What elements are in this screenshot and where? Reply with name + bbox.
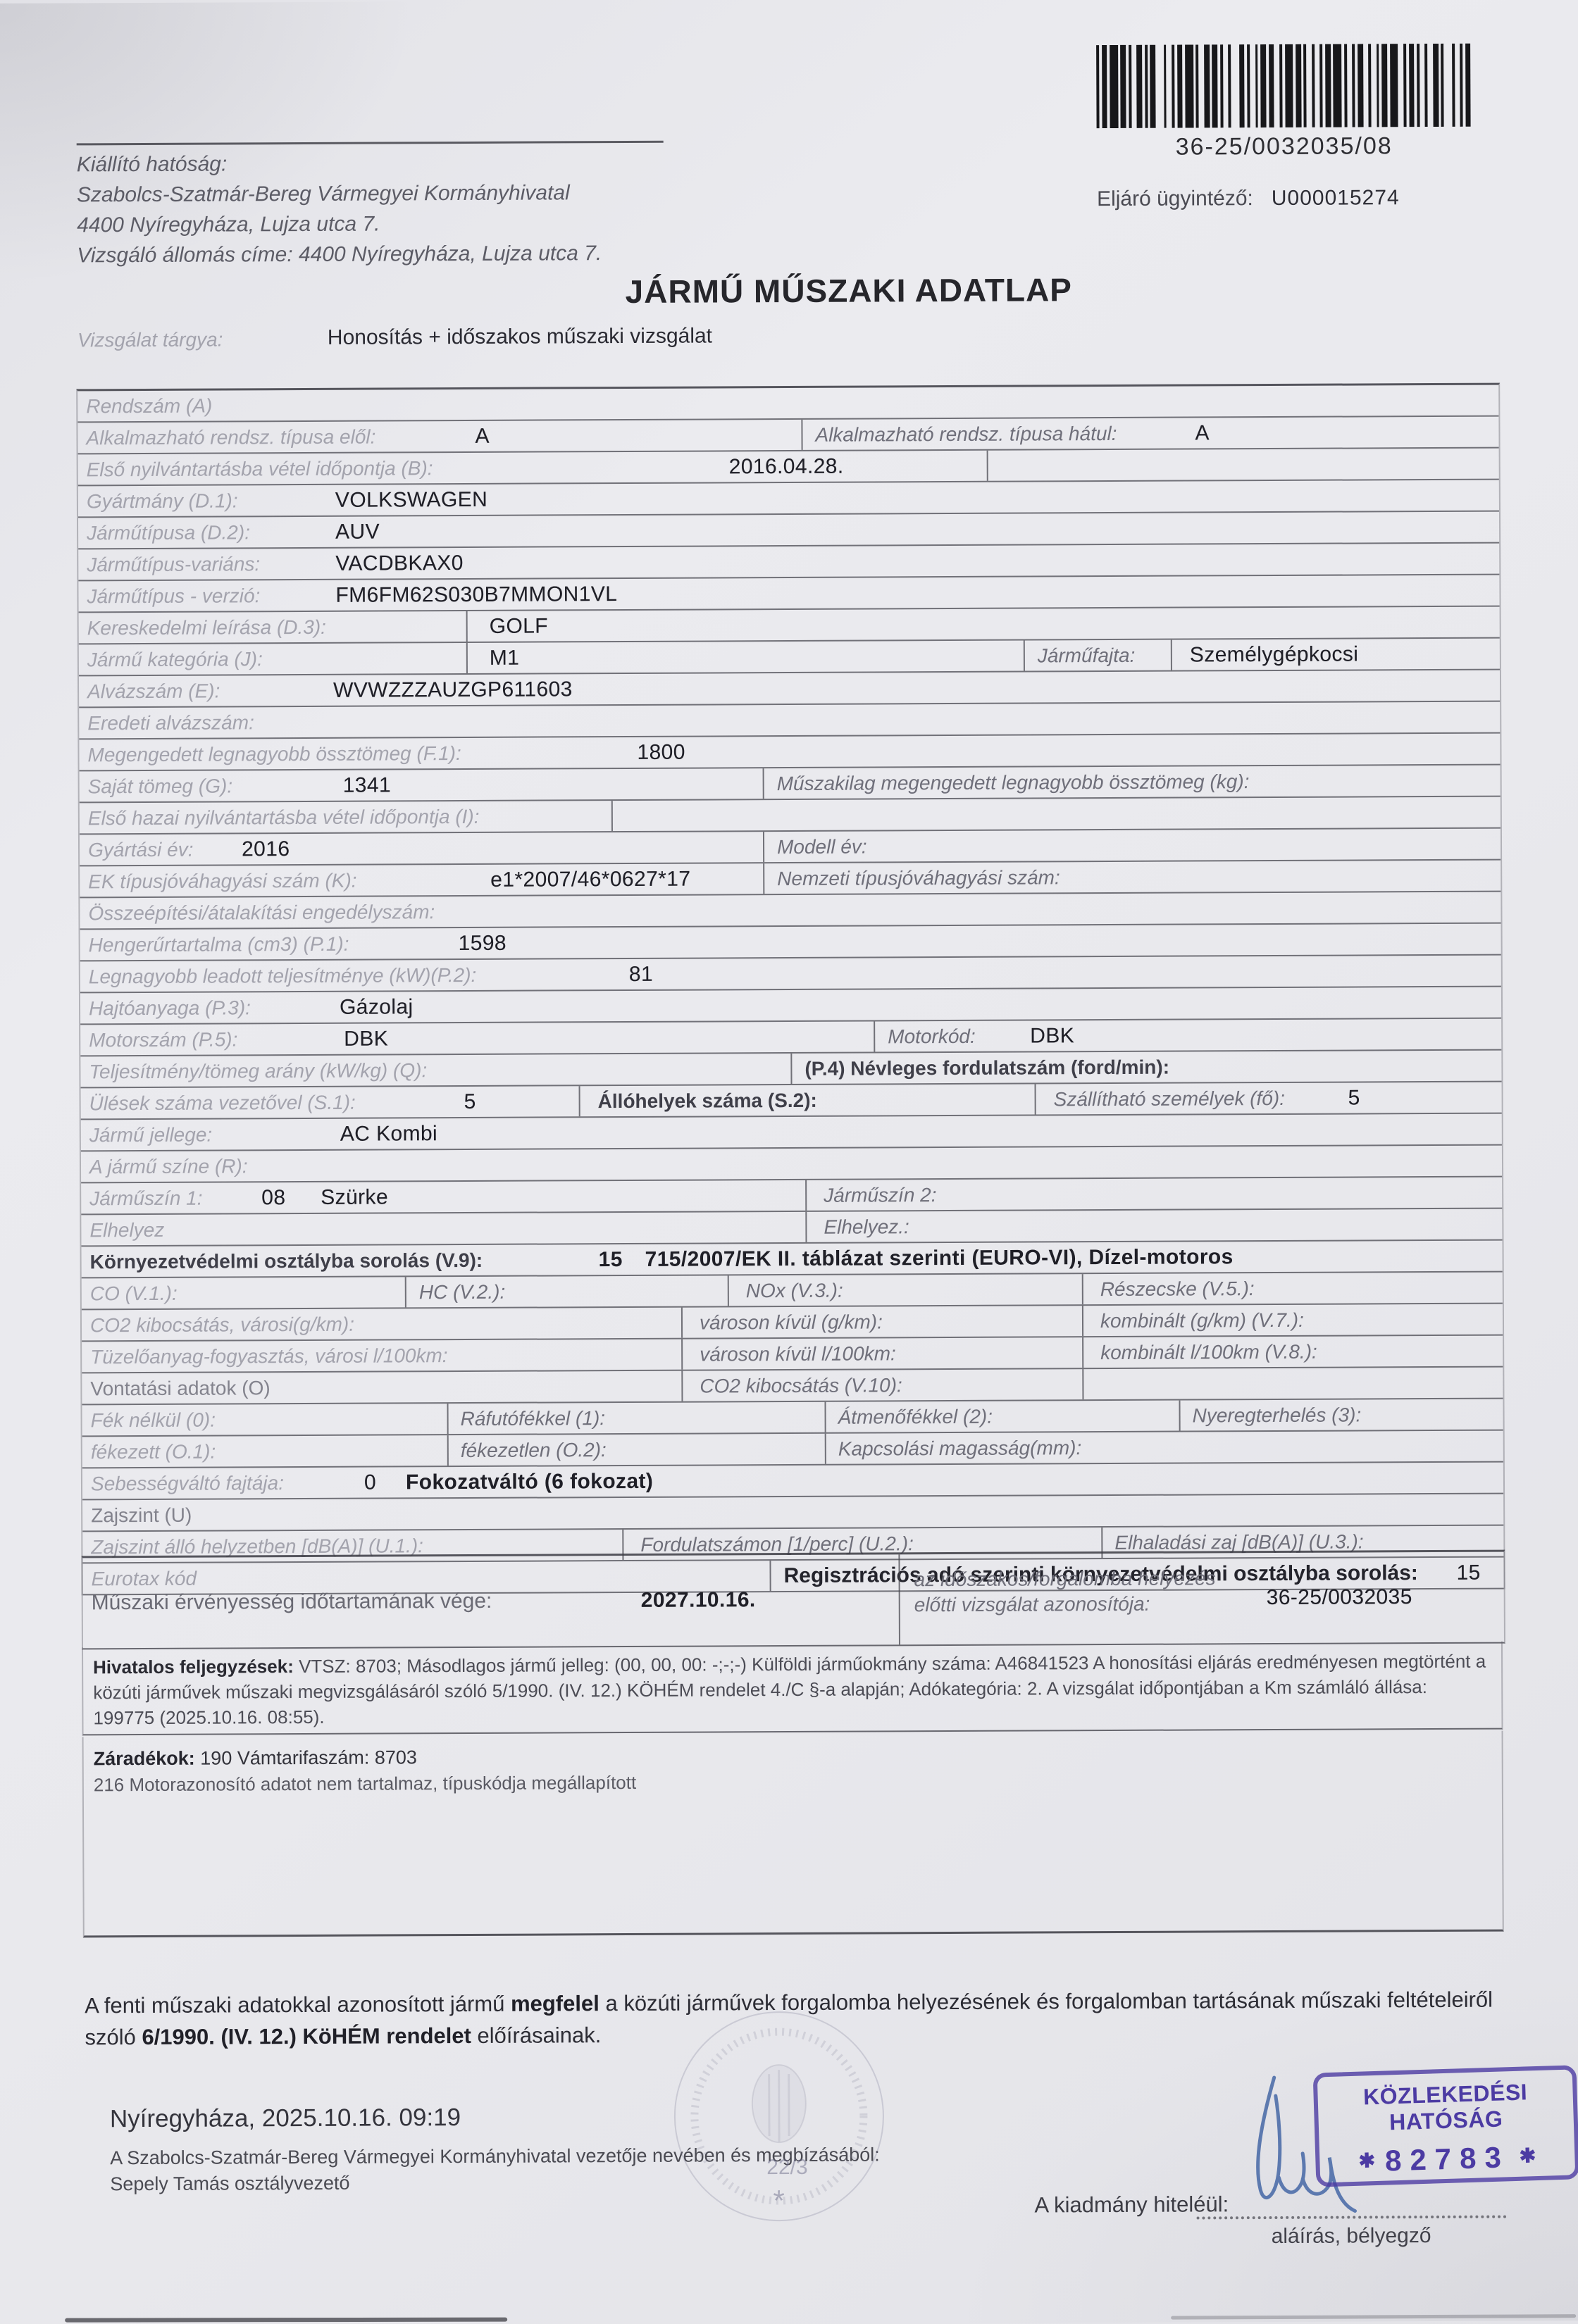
place-and-date: Nyíregyháza, 2025.10.16. 09:19 <box>110 2104 461 2133</box>
issuer-label: Kiállító hatóság: <box>77 152 228 177</box>
field-value: FM6FM62S030B7MMON1VL <box>335 582 617 608</box>
cell-separator <box>611 801 613 831</box>
field-label: Járműtípusa (D.2): <box>87 521 250 544</box>
header-rule <box>77 141 664 146</box>
cell-separator <box>466 611 468 642</box>
field-label: Zajszint (U) <box>91 1504 192 1527</box>
field-label: Hajtóanyaga (P.3): <box>89 997 251 1020</box>
field-label: Jármű jellege: <box>89 1123 212 1147</box>
cell-separator <box>801 420 802 450</box>
field-label: Eredeti alvázszám: <box>87 711 254 735</box>
field-label: Nemzeti típusjóváhagyási szám: <box>777 866 1060 890</box>
field-value: Gázolaj <box>340 995 414 1019</box>
field-label: Nyeregterhelés (3): <box>1193 1404 1362 1427</box>
field-value: VOLKSWAGEN <box>335 487 487 512</box>
field-value: A <box>475 424 490 448</box>
field-value: 0 <box>364 1470 376 1494</box>
document: 36-25/0032035/08 Eljáró ügyintéző:U00001… <box>0 0 1578 2324</box>
cell-separator <box>790 1054 792 1084</box>
cell-separator <box>763 832 764 862</box>
field-label: Első nyilvántartásba vétel időpontja (B)… <box>87 457 433 481</box>
field-value: 5 <box>1348 1086 1360 1110</box>
field-label: Kereskedelmi leírása (D.3): <box>87 616 326 639</box>
field-label: CO2 kibocsátás (V.10): <box>700 1374 902 1397</box>
field-value: A <box>1195 421 1210 445</box>
cell-separator <box>447 1404 448 1434</box>
cell-separator <box>681 1308 683 1338</box>
cell-separator <box>1082 1306 1083 1336</box>
stamp-number-line: ✱82783✱ <box>1319 2138 1575 2180</box>
cell-separator <box>681 1339 683 1370</box>
field-label: Tüzelőanyag-fogyasztás, városi l/100km: <box>90 1344 447 1368</box>
cell-separator <box>1171 640 1172 670</box>
cell-separator <box>825 1434 826 1464</box>
field-label: Hengerűrtartalma (cm3) (P.1): <box>89 932 349 956</box>
cell-separator <box>763 768 764 799</box>
clauses-label: Záradékok: <box>94 1748 195 1770</box>
signer-name: Sepely Tamás osztályvezető <box>110 2173 349 2195</box>
pre-exam-id-label: az időszakos/forgalomba helyezés előtti … <box>914 1566 1216 1618</box>
field-value: Fokozatváltó (6 fokozat) <box>406 1469 653 1494</box>
field-label: Alvázszám (E): <box>87 680 220 703</box>
field-value: 2016.04.28. <box>729 454 844 479</box>
cell-separator <box>987 451 988 481</box>
field-value: Szürke <box>321 1185 388 1209</box>
field-label: Teljesítmény/tömeg arány (kW/kg) (Q): <box>89 1059 427 1083</box>
barcode: 36-25/0032035/08 <box>1096 44 1472 161</box>
field-label: Modell év: <box>777 835 867 858</box>
field-label: Legnagyobb leadott teljesítménye (kW)(P.… <box>89 963 477 987</box>
scanned-document-page: 36-25/0032035/08 Eljáró ügyintéző:U00001… <box>0 0 1578 2324</box>
cell-separator <box>1082 1274 1083 1304</box>
case-officer-value: U000015274 <box>1272 186 1400 210</box>
scan-edge-artifact <box>1171 2314 1576 2320</box>
cell-separator <box>1035 1084 1036 1114</box>
barcode-number: 36-25/0032035/08 <box>1097 132 1472 161</box>
field-label: fékezetlen (O.2): <box>461 1439 607 1462</box>
field-label: Járműfajta: <box>1038 644 1136 667</box>
cell-separator <box>447 1435 449 1466</box>
field-label: CO2 kibocsátás, városi(g/km): <box>90 1313 354 1337</box>
scan-edge-artifact <box>65 2318 507 2323</box>
seal-number: 22/3 <box>766 2156 808 2179</box>
validity-value: 2027.10.16. <box>641 1588 756 1613</box>
field-label: Összeépítési/átalakítási engedélyszám: <box>88 901 435 925</box>
clause-line: 190 Vámtarifaszám: 8703 <box>195 1747 417 1768</box>
field-label: Gyártmány (D.1): <box>87 489 238 513</box>
form-table: Rendszám (A) Alkalmazható rendsz. típusa… <box>76 383 1505 1596</box>
official-notes-text: VTSZ: 8703; Másodlagos jármű jelleg: (00… <box>93 1651 1486 1729</box>
field-label: Járműtípus - verzió: <box>87 585 260 608</box>
field-label: Kapcsolási magasság(mm): <box>838 1437 1082 1461</box>
field-value: M1 <box>490 646 520 670</box>
field-label: városon kívül (g/km): <box>700 1311 883 1334</box>
validity-label: Műszaki érvényesség időtartamának vége: <box>92 1589 492 1615</box>
exam-subject-label: Vizsgálat tárgya: <box>77 328 223 351</box>
field-label: Motorszám (P.5): <box>89 1028 237 1051</box>
cell-separator <box>579 1086 580 1116</box>
field-value: AUV <box>335 520 380 544</box>
cell-separator <box>681 1371 683 1401</box>
field-value: 5 <box>464 1089 476 1113</box>
pre-exam-id-value: 36-25/0032035 <box>1267 1585 1412 1610</box>
field-value: 1598 <box>459 931 507 955</box>
field-label: Megengedett legnagyobb össztömeg (F.1): <box>87 742 461 766</box>
field-label: Környezetvédelmi osztályba sorolás (V.9)… <box>90 1249 483 1273</box>
clause-line: 216 Motorazonosító adatot nem tartalmaz,… <box>94 1768 1492 1797</box>
field-value: WVWZZZAUZGP611603 <box>333 677 573 702</box>
official-notes-box: Hivatalos feljegyzések: VTSZ: 8703; Máso… <box>82 1642 1503 1736</box>
case-officer-line: Eljáró ügyintéző:U000015274 <box>1097 186 1400 211</box>
cell-separator <box>898 1554 900 1644</box>
field-label: Saját tömeg (G): <box>88 775 233 798</box>
transport-authority-stamp: KÖZLEKEDÉSI HATÓSÁG ✱82783✱ <box>1313 2065 1578 2187</box>
cell-separator <box>805 1180 807 1211</box>
cell-separator <box>1024 641 1025 671</box>
official-notes-label: Hivatalos feljegyzések: <box>93 1656 294 1678</box>
stamp-number: 82783 <box>1384 2140 1510 2177</box>
cell-separator <box>874 1021 875 1051</box>
field-label: fékezett (O.1): <box>91 1440 216 1463</box>
signature-dotted-line <box>1196 2187 1506 2220</box>
field-value: AC Kombi <box>340 1122 437 1147</box>
case-officer-label: Eljáró ügyintéző: <box>1097 187 1253 211</box>
field-label: Átmenőfékkel (2): <box>838 1405 993 1428</box>
field-label: Alkalmazható rendsz. típusa elől: <box>86 425 375 449</box>
field-value: 08 <box>261 1186 285 1210</box>
field-label: Részecske (V.5.): <box>1100 1277 1255 1301</box>
cell-separator <box>466 643 468 673</box>
field-value: 1800 <box>637 740 685 764</box>
field-label: Rendszám (A) <box>86 394 212 418</box>
cell-separator <box>728 1275 729 1306</box>
field-label: kombinált (g/km) (V.7.): <box>1100 1308 1304 1332</box>
cell-separator <box>805 1212 807 1242</box>
field-label: városon kívül l/100km: <box>700 1342 896 1366</box>
field-value: DBK <box>344 1027 388 1051</box>
field-label: Állóhelyek száma (S.2): <box>598 1089 817 1112</box>
page-title: JÁRMŰ MŰSZAKI ADATLAP <box>625 270 1072 311</box>
field-value: Személygépkocsi <box>1190 642 1359 667</box>
field-label: CO (V.1.): <box>90 1282 178 1305</box>
stamp-star-icon: ✱ <box>1519 2144 1536 2167</box>
field-value: GOLF <box>490 614 548 638</box>
field-label: Első hazai nyilvántartásba vétel időpont… <box>88 805 480 829</box>
cell-separator <box>763 863 764 894</box>
field-label: Járműtípus-variáns: <box>87 553 260 576</box>
official-round-seal: 22/3 * <box>669 2010 888 2229</box>
field-value: 1341 <box>343 773 391 797</box>
field-value: 715/2007/EK II. táblázat szerinti (EURO-… <box>645 1245 1234 1272</box>
cell-separator <box>1082 1369 1083 1399</box>
cell-separator <box>1179 1401 1180 1431</box>
field-value: VACDBKAX0 <box>335 551 464 576</box>
field-label: Jármű kategória (J): <box>87 648 263 671</box>
field-label: NOx (V.3.): <box>746 1279 843 1302</box>
field-label: Elhelyez <box>89 1218 164 1241</box>
field-value: 81 <box>629 962 653 986</box>
field-label: Alkalmazható rendsz. típusa hátul: <box>815 422 1117 446</box>
validity-box: Műszaki érvényesség időtartamának vége: … <box>81 1550 1505 1650</box>
field-label: HC (V.2.): <box>419 1280 506 1304</box>
seal-star: * <box>773 2184 785 2217</box>
field-value: e1*2007/46*0627*17 <box>490 867 690 892</box>
field-label: Szállítható személyek (fő): <box>1054 1087 1285 1110</box>
attestation-sub-label: aláírás, bélyegző <box>1272 2224 1431 2249</box>
field-value: 2016 <box>242 837 290 861</box>
field-label: EK típusjóváhagyási szám (K): <box>88 869 356 893</box>
field-value: 15 <box>599 1248 623 1272</box>
cell-separator <box>824 1402 826 1432</box>
field-label: Ráfutófékkel (1): <box>461 1407 606 1430</box>
field-value: DBK <box>1030 1024 1074 1048</box>
field-label: Fék nélkül (0): <box>91 1408 216 1432</box>
field-label: Ülések száma vezetővel (S.1): <box>89 1091 356 1115</box>
field-label: Elhelyez.: <box>824 1216 909 1239</box>
stamp-title: KÖZLEKEDÉSI HATÓSÁG <box>1317 2078 1574 2137</box>
field-label: Járműszín 2: <box>824 1184 936 1207</box>
issuer-address: 4400 Nyíregyháza, Lujza utca 7. <box>77 213 380 238</box>
field-label: Sebességváltó fajtája: <box>91 1472 284 1495</box>
field-label: Járműszín 1: <box>89 1187 202 1210</box>
field-label: Motorkód: <box>888 1025 976 1048</box>
exam-subject-value: Honosítás + időszakos műszaki vizsgálat <box>328 324 712 349</box>
barcode-bars <box>1096 44 1472 128</box>
field-label: Vontatási adatok (O) <box>90 1377 270 1400</box>
field-label: Műszakilag megengedett legnagyobb össztö… <box>777 770 1250 795</box>
inspection-station-address: Vizsgáló állomás címe: 4400 Nyíregyháza,… <box>77 242 602 268</box>
field-label: Gyártási év: <box>88 838 194 861</box>
field-label: kombinált l/100km (V.8.): <box>1100 1340 1317 1363</box>
cell-separator <box>1082 1337 1083 1368</box>
field-label: (P.4) Névleges fordulatszám (ford/min): <box>804 1056 1169 1080</box>
field-label: A jármű színe (R): <box>89 1155 248 1178</box>
cell-separator <box>405 1277 406 1307</box>
issuer-name: Szabolcs-Szatmár-Bereg Vármegyei Kormány… <box>77 181 570 207</box>
stamp-star-icon: ✱ <box>1358 2149 1375 2172</box>
clauses-box: Záradékok: 190 Vámtarifaszám: 8703 216 M… <box>82 1731 1504 1938</box>
